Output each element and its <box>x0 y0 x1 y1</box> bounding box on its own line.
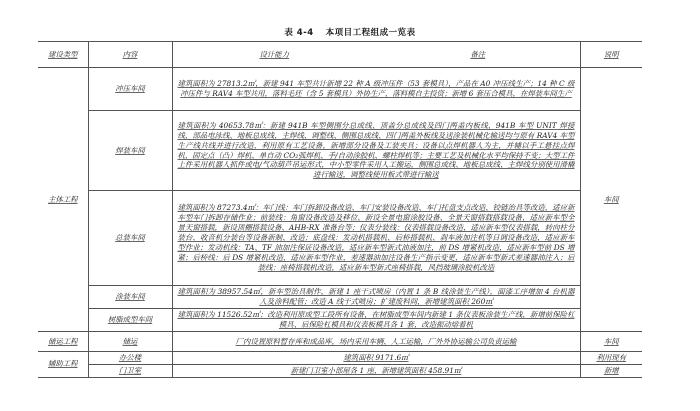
row-note: 利用现有 <box>580 352 642 365</box>
table-row: 总装车间 建筑面积为 87273.4㎡：车门线：车门拆卸设备改造、车门安装设备改… <box>38 191 642 286</box>
header-construction-type: 建设类型 <box>38 42 88 68</box>
row-note: 新增 <box>580 364 642 377</box>
header-remarks: 备注 <box>376 50 580 60</box>
group-type-storage: 储运工程 <box>38 332 88 352</box>
table-row: 树脂成型车间 建筑面积为 11526.52㎡；改造利用原成型工段所有设备，在树脂… <box>38 309 642 332</box>
row-description: 建筑面积为 87273.4㎡：车门线：车门拆卸设备改造、车门安装设备改造、车门托… <box>172 191 580 286</box>
row-content: 涂装车间 <box>88 286 172 309</box>
group-type-auxiliary: 辅助工程 <box>38 352 88 378</box>
row-content: 门卫室 <box>88 364 172 377</box>
row-description: 建筑面积为 40653.78㎡：新建 941B 车型侧围分总成线、顶盖分总成线及… <box>172 111 580 191</box>
row-content: 总装车间 <box>88 191 172 286</box>
row-description: 建筑面积 9171.6㎡ <box>172 352 580 365</box>
table-row: 焊装车间 建筑面积为 40653.78㎡：新建 941B 车型侧围分总成线、顶盖… <box>38 111 642 191</box>
table-row: 涂装车间 建筑面积为 38957.54㎡，新车型治具制作，新建 1 座干式喷房（… <box>38 286 642 309</box>
row-note: 车间 <box>580 68 642 332</box>
row-content: 焊装车间 <box>88 111 172 191</box>
header-content: 内容 <box>88 42 172 68</box>
table-number: 表 4-4 <box>284 28 313 38</box>
header-explanation: 说明 <box>580 42 642 68</box>
table-row: 主体工程 冲压车间 建筑面积为 27813.2㎡，新建 941 车型共计新增 2… <box>38 68 642 111</box>
header-design-capacity-remarks: 设计能力 备注 <box>172 42 580 68</box>
row-description: 建筑面积为 11526.52㎡；改造利用原成型工段所有设备，在树脂成型车间内新建… <box>172 309 580 332</box>
table-row: 辅助工程 办公楼 建筑面积 9171.6㎡ 利用现有 <box>38 352 642 365</box>
row-description: 建筑面积为 27813.2㎡，新建 941 车型共计新增 22 种 A 级冲压件… <box>172 68 580 111</box>
row-content: 办公楼 <box>88 352 172 365</box>
row-description: 建筑面积为 38957.54㎡，新车型治具制作，新建 1 座干式喷房（内置 1 … <box>172 286 580 309</box>
table-caption: 表 4-4本项目工程组成一览表 <box>0 26 700 38</box>
row-content: 冲压车间 <box>88 68 172 111</box>
table-row: 储运工程 储运 厂内设置原料暂存库和成品库，场内采用车辆、人工运输，厂外外协运输… <box>38 332 642 352</box>
table-row: 门卫室 新建门卫室小部屋各 1 座，新增建筑面积 458.91㎡ 新增 <box>38 364 642 377</box>
project-composition-table: 建设类型 内容 设计能力 备注 说明 主体工程 冲压车间 建筑面积为 27813… <box>38 41 642 378</box>
header-design-capacity: 设计能力 <box>173 50 377 60</box>
group-type-main: 主体工程 <box>38 68 88 332</box>
row-content: 储运 <box>88 332 172 352</box>
row-description: 厂内设置原料暂存库和成品库，场内采用车辆、人工运输，厂外外协运输公司负责运输 <box>172 332 580 352</box>
table-title: 本项目工程组成一览表 <box>326 28 416 38</box>
row-content: 树脂成型车间 <box>88 309 172 332</box>
row-note: 车间 <box>580 332 642 352</box>
row-description: 新建门卫室小部屋各 1 座，新增建筑面积 458.91㎡ <box>172 364 580 377</box>
table-header-row: 建设类型 内容 设计能力 备注 说明 <box>38 42 642 68</box>
